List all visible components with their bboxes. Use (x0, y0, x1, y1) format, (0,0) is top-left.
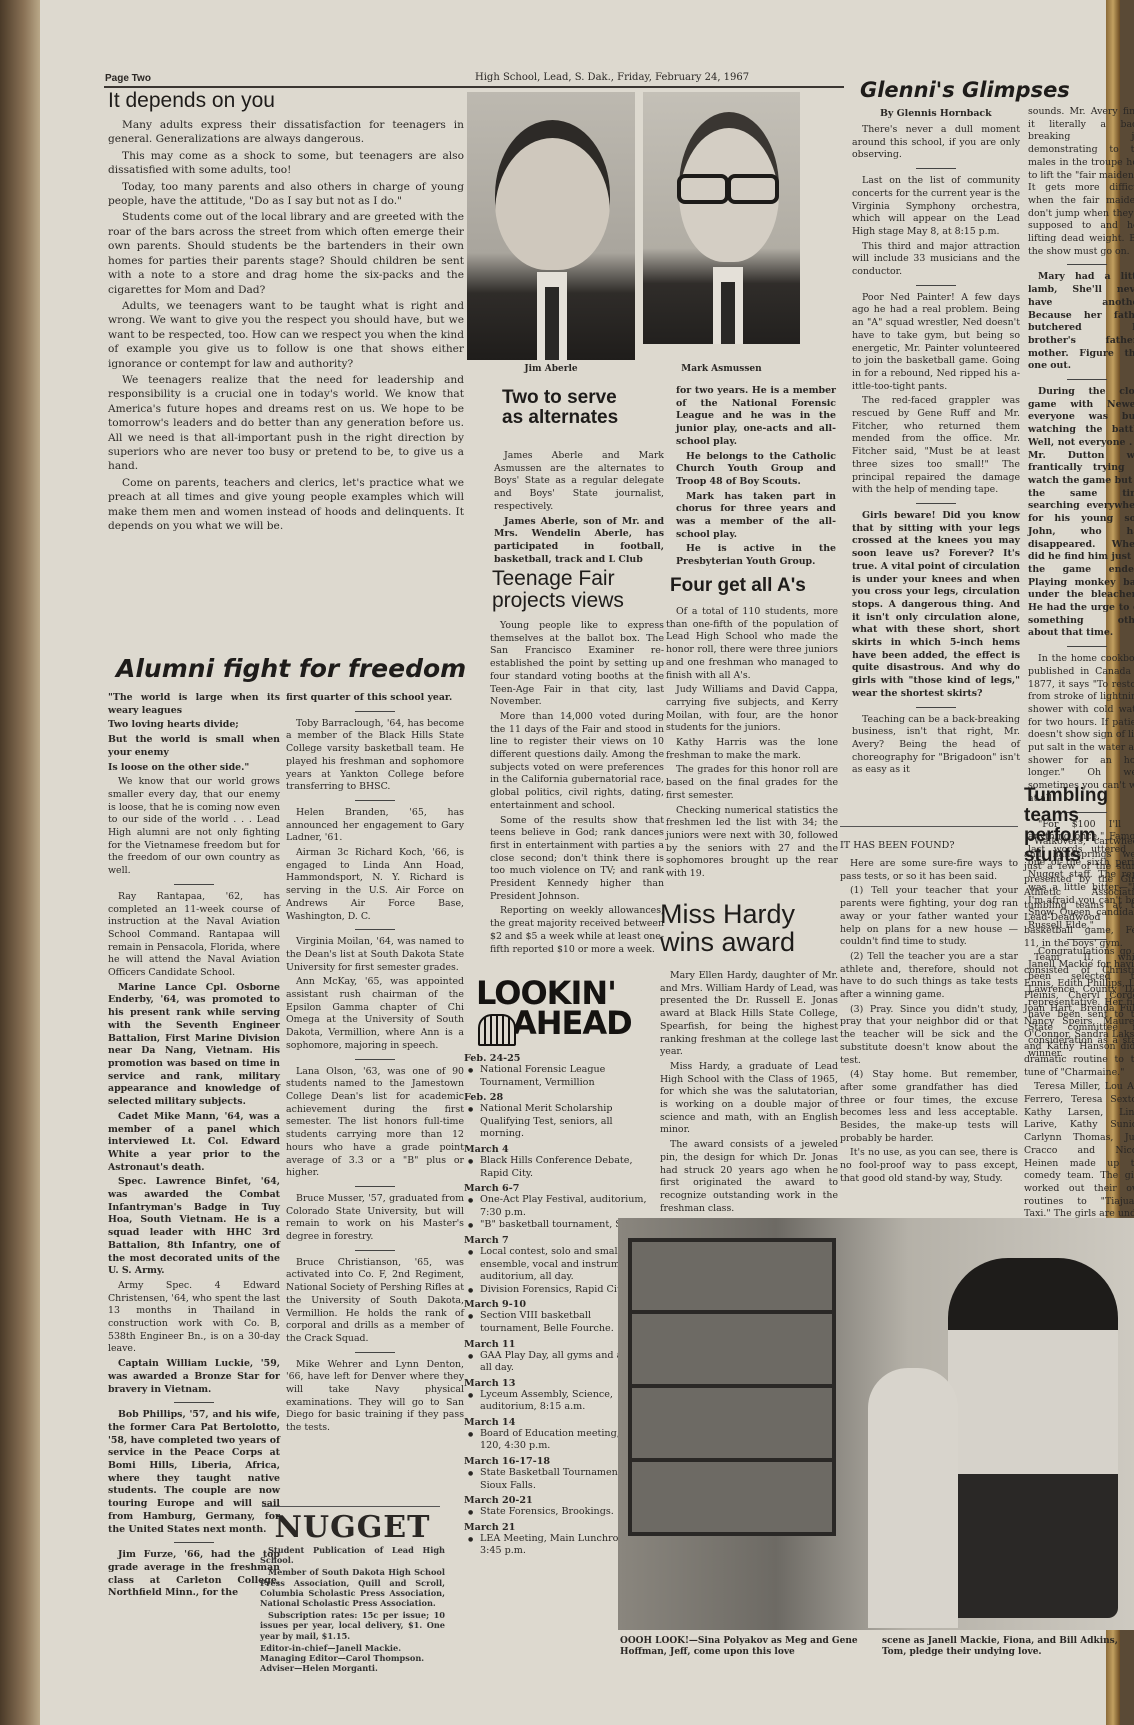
poem-line: "The world is large when its weary leagu… (108, 692, 280, 717)
masthead-line: Student Publication of Lead High School. (260, 1545, 445, 1565)
alternates-title: Two to serve as alternates (502, 388, 618, 428)
paragraph: Walkovers, cartwheels and handsprings we… (1024, 836, 1134, 950)
title-line: Tumbling teams (1024, 786, 1120, 826)
paragraph: (1) Tell your teacher that your parents … (840, 885, 1018, 949)
paragraph: Mary Ellen Hardy, daughter of Mr. and Mr… (660, 970, 838, 1059)
glimpses-col-1: There's never a dull moment around this … (852, 124, 1020, 779)
paragraph: In the home cookbook published in Canada… (1028, 653, 1134, 805)
paragraph: Adults, we teenagers want to be taught w… (108, 299, 464, 371)
book-binding (0, 0, 40, 1725)
paragraph: Kathy Harris was the lone freshman to ma… (666, 737, 838, 762)
newspaper-page: Page Two High School, Lead, S. Dak., Fri… (40, 0, 1120, 1725)
event-item: National Forensic League Tournament, Ver… (464, 1064, 654, 1089)
paragraph: Helen Branden, '65, has announced her en… (286, 807, 464, 845)
paragraph: Marine Lance Cpl. Osborne Enderby, '64, … (108, 982, 280, 1109)
divider (355, 1352, 395, 1353)
divider (916, 503, 956, 504)
paragraph: Teaching can be a back-breaking business… (852, 714, 1020, 778)
divider (1067, 646, 1107, 647)
paragraph: This third and major attraction will inc… (852, 241, 1020, 279)
paragraph: James Aberle, son of Mr. and Mrs. Wendel… (494, 516, 664, 567)
paragraph: Toby Barraclough, '64, has become a memb… (286, 718, 464, 794)
paragraph: Young people like to express themselves … (490, 620, 664, 709)
paragraph: The award consists of a jeweled pin, the… (660, 1139, 838, 1215)
teenage-fair-body: Young people like to express themselves … (490, 620, 664, 958)
paragraph: He is active in the Presbyterian Youth G… (676, 543, 836, 568)
header-rule (104, 86, 844, 88)
masthead-line: Member of South Dakota High School Press… (260, 1567, 445, 1608)
paragraph: Virginia Moilan, '64, was named to the D… (286, 936, 464, 974)
caption-mark-asmussen: Mark Asmussen (643, 364, 800, 374)
masthead: NUGGET Student Publication of Lead High … (260, 1510, 445, 1673)
paragraph: sounds. Mr. Avery finds it literally a b… (1028, 106, 1134, 258)
paragraph: Poor Ned Painter! A few days ago he had … (852, 292, 1020, 394)
photo-jim-aberle (467, 92, 635, 360)
paragraph: Team II, which consisted of Christine En… (1024, 952, 1134, 1079)
divider (916, 285, 956, 286)
photo-play-scene (618, 1218, 1134, 1630)
alternates-col-1: James Aberle and Mark Asmussen are the a… (494, 450, 664, 568)
paragraph: Last on the list of community concerts f… (852, 175, 1020, 239)
paragraph: The red-faced grappler was rescued by Ge… (852, 395, 1020, 497)
alumni-col-1: "The world is large when its weary leagu… (108, 692, 280, 1602)
paragraph: He belongs to the Catholic Church Youth … (676, 451, 836, 489)
editorial-article: It depends on you Many adults express th… (108, 90, 464, 535)
masthead-line: Adviser—Helen Morganti. (260, 1663, 445, 1673)
paragraph: (4) Stay home. But remember, after some … (840, 1069, 1018, 1145)
divider (916, 168, 956, 169)
paragraph: Mike Wehrer and Lynn Denton, '66, have l… (286, 1359, 464, 1435)
title-line: Miss Hardy (660, 900, 795, 928)
paragraph: first quarter of this school year. (286, 692, 464, 705)
house-illustration-icon (478, 1014, 516, 1046)
paragraph: The grades for this honor roll are based… (666, 764, 838, 802)
paragraph: Checking numerical statistics the freshm… (666, 805, 838, 881)
paragraph: Spec. Lawrence Binfet, '64, was awarded … (108, 1176, 280, 1278)
paragraph: This may come as a shock to some, but te… (108, 149, 464, 178)
poem-line: Is loose on the other side." (108, 762, 280, 775)
event-date: Feb. 28 (464, 1092, 654, 1103)
teenage-fair-title: Teenage Fair projects views (492, 568, 624, 612)
paragraph: We teenagers realize that the need for l… (108, 373, 464, 474)
paragraph: Mary had a little lamb, She'll never hav… (1028, 271, 1134, 373)
paragraph: There's never a dull moment around this … (852, 124, 1020, 162)
paragraph: Many adults express their dissatisfactio… (108, 118, 464, 147)
paragraph: Lana Olson, '63, was one of 90 students … (286, 1066, 464, 1180)
paragraph: Bruce Christianson, '65, was activated i… (286, 1257, 464, 1346)
paragraph: Girls beware! Did you know that by sitti… (852, 510, 1020, 701)
divider (1067, 379, 1107, 380)
title-line: Two to serve (502, 388, 618, 408)
miss-hardy-body: Mary Ellen Hardy, daughter of Mr. and Mr… (660, 970, 838, 1217)
divider (174, 884, 214, 885)
paragraph: Of a total of 110 students, more than on… (666, 606, 838, 682)
divider (355, 1186, 395, 1187)
paragraph: More than 14,000 voted during the 11 day… (490, 711, 664, 813)
paragraph: Captain William Luckie, '59, was awarded… (108, 1358, 280, 1396)
found-rule (840, 826, 1018, 827)
paragraph: Ray Rantapaa, '62, has completed an 11-w… (108, 891, 280, 980)
divider (916, 707, 956, 708)
title-line: wins award (660, 928, 795, 956)
dateline: High School, Lead, S. Dak., Friday, Febr… (475, 72, 749, 83)
paragraph: (3) Pray. Since you didn't study, pray t… (840, 1004, 1018, 1068)
tumbling-body: Walkovers, cartwheels and handsprings we… (1024, 836, 1134, 1274)
divider (355, 800, 395, 801)
divider (355, 1059, 395, 1060)
paragraph: Jim Furze, '66, had the top grade averag… (108, 1549, 280, 1600)
divider (174, 1402, 214, 1403)
paragraph: Bob Phillips, '57, and his wife, the for… (108, 1409, 280, 1536)
play-caption-left: OOOH LOOK!—Sina Polyakov as Meg and Gene… (620, 1636, 870, 1658)
paragraph: Bruce Musser, '57, graduated from Colora… (286, 1193, 464, 1244)
masthead-line: Managing Editor—Carol Thompson. (260, 1653, 445, 1663)
paragraph: Here are some sure-fire ways to pass tes… (840, 858, 1018, 883)
paragraph: Students come out of the local library a… (108, 210, 464, 296)
title-line: projects views (492, 590, 624, 612)
masthead-rule (262, 1506, 440, 1507)
masthead-line: Subscription rates: 15c per issue; 10 is… (260, 1610, 445, 1641)
paragraph: Reporting on weekly allowances, the grea… (490, 905, 664, 956)
paragraph: Mark has taken part in chorus for three … (676, 491, 836, 542)
glimpses-title: Glenni's Glimpses (860, 78, 1070, 102)
paragraph: Cadet Mike Mann, '64, was a member of a … (108, 1111, 280, 1175)
event-date: March 4 (464, 1144, 654, 1155)
event-date: Feb. 24-25 (464, 1053, 654, 1064)
divider (174, 1542, 214, 1543)
found-title: IT HAS BEEN FOUND? (840, 840, 955, 851)
paragraph: James Aberle and Mark Asmussen are the a… (494, 450, 664, 514)
lookin-ahead-logo: LOOKIN' AHEAD (476, 978, 632, 1038)
paragraph: We know that our world grows smaller eve… (108, 776, 280, 878)
four-as-body: Of a total of 110 students, more than on… (666, 606, 838, 883)
paragraph: It's no use, as you can see, there is no… (840, 1147, 1018, 1185)
paragraph: Army Spec. 4 Edward Christensen, '64, wh… (108, 1280, 280, 1356)
page-label: Page Two (105, 73, 151, 84)
photo-mark-asmussen (643, 92, 800, 344)
event-item: National Merit Scholarship Qualifying Te… (464, 1103, 654, 1141)
title-line: as alternates (502, 408, 618, 428)
paragraph: Some of the results show that teens beli… (490, 815, 664, 904)
paragraph: Ann McKay, '65, was appointed assistant … (286, 976, 464, 1052)
found-body: Here are some sure-fire ways to pass tes… (840, 858, 1018, 1188)
miss-hardy-title: Miss Hardy wins award (660, 900, 795, 957)
editorial-title: It depends on you (108, 90, 464, 112)
poem-line: Two loving hearts divide; (108, 719, 280, 732)
alumni-col-2: first quarter of this school year. Toby … (286, 692, 464, 1437)
paragraph: Airman 3c Richard Koch, '66, is engaged … (286, 847, 464, 923)
title-line: Teenage Fair (492, 568, 624, 590)
alumni-title: Alumni fight for freedom (116, 654, 466, 683)
alternates-col-2: for two years. He is a member of the Nat… (676, 385, 836, 571)
paragraph: Come on parents, teachers and clerics, l… (108, 476, 464, 534)
editorial-body: Many adults express their dissatisfactio… (108, 118, 464, 533)
divider (355, 1250, 395, 1251)
masthead-info: Student Publication of Lead High School.… (260, 1545, 445, 1673)
caption-jim-aberle: Jim Aberle (467, 364, 635, 374)
poem-line: But the world is small when your enemy (108, 734, 280, 759)
play-caption-right: scene as Janell Mackie, Fiona, and Bill … (882, 1636, 1134, 1658)
masthead-line: Editor-in-chief—Janell Mackie. (260, 1643, 445, 1653)
divider (355, 929, 395, 930)
paragraph: Miss Hardy, a graduate of Lead High Scho… (660, 1061, 838, 1137)
paragraph: (2) Tell the teacher you are a star athl… (840, 951, 1018, 1002)
paragraph: During the close game with Newell, every… (1028, 386, 1134, 640)
glimpses-byline: By Glennis Hornback (880, 108, 992, 119)
paragraph: Today, too many parents and also others … (108, 180, 464, 209)
paragraph: Judy Williams and David Cappa, carrying … (666, 684, 838, 735)
four-as-title: Four get all A's (670, 576, 806, 596)
event-date: March 6-7 (464, 1183, 654, 1194)
event-item: Black Hills Conference Debate, Rapid Cit… (464, 1155, 654, 1180)
paragraph: for two years. He is a member of the Nat… (676, 385, 836, 449)
divider (1067, 264, 1107, 265)
event-item: One-Act Play Festival, auditorium, 7:30 … (464, 1194, 654, 1219)
divider (355, 711, 395, 712)
masthead-title: NUGGET (260, 1510, 445, 1545)
poem: "The world is large when its weary leagu… (108, 692, 280, 774)
